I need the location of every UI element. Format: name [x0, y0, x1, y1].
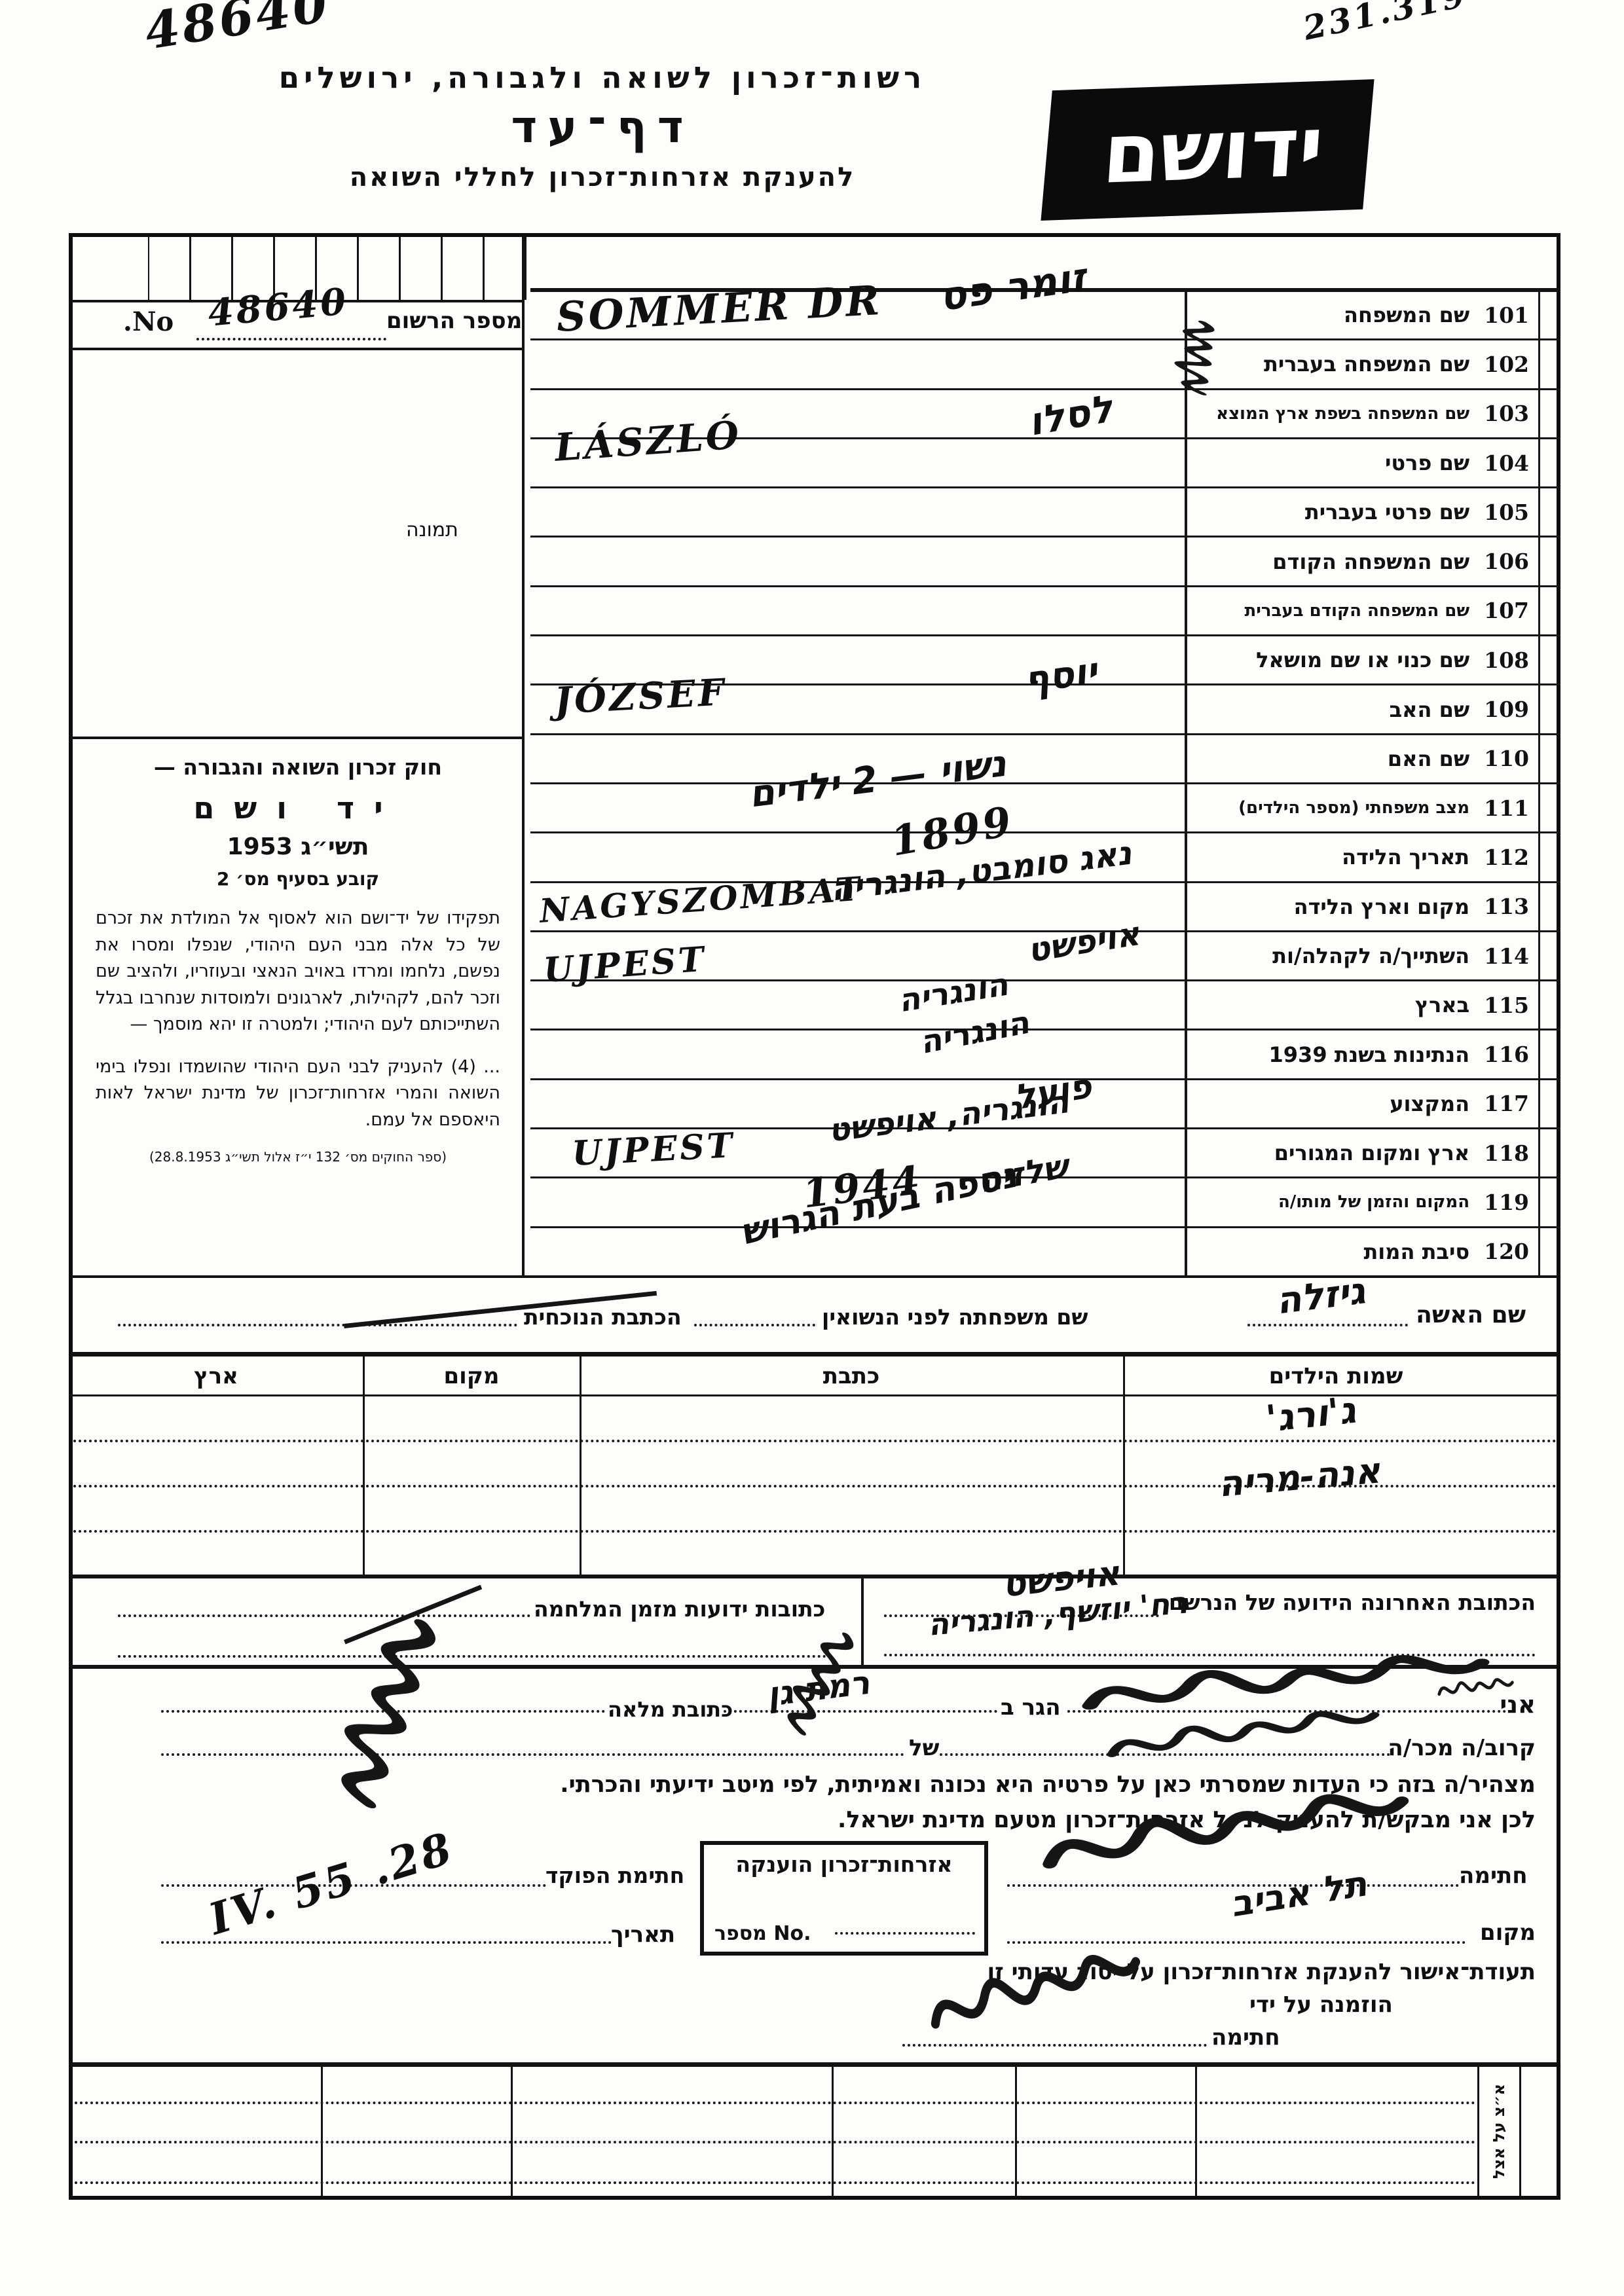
hw-family-name-latin: SOMMER DR	[555, 276, 883, 341]
hw-birthplace-latin: NAGYSZOMBAT	[538, 869, 864, 930]
hw-first-name-latin: LÁSZLÓ	[553, 412, 743, 470]
hw-file-number: 231.319	[1300, 0, 1471, 48]
hw-residence-hebrew: הונגריה, אויפשט	[826, 1084, 1071, 1150]
hw-child-1: ג'ורג'	[1264, 1389, 1357, 1441]
hw-residence-latin: UJPEST	[571, 1125, 736, 1174]
hw-date: 28. IV. 55	[203, 1822, 460, 1945]
hw-wife-name: גיזלה	[1274, 1269, 1367, 1322]
hw-corner-number: 48640	[141, 0, 334, 61]
hw-registration-number: 48640	[206, 280, 350, 335]
hw-family-name-hebrew: זומר פס	[936, 255, 1089, 321]
handwriting-layer: 48640231.31948640SOMMER DRזומר פסLÁSZLÓל…	[0, 0, 1624, 2296]
hw-father-name-hebrew: יוסף	[1022, 649, 1100, 702]
hw-father-name-latin: JÓZSEF	[553, 670, 728, 723]
hw-community-latin: UJPEST	[542, 939, 708, 991]
hw-community-hebrew: אויפשט	[1025, 915, 1143, 970]
hw-child-2: אנה-מריה	[1217, 1449, 1382, 1504]
hw-first-name-hebrew: לסלו	[1025, 386, 1116, 445]
page-of-testimony-document: רשות־זכרון לשואה ולגבורה, ירושלים דף־עד …	[0, 0, 1624, 2296]
handwriting-squiggle	[1435, 1669, 1516, 1706]
